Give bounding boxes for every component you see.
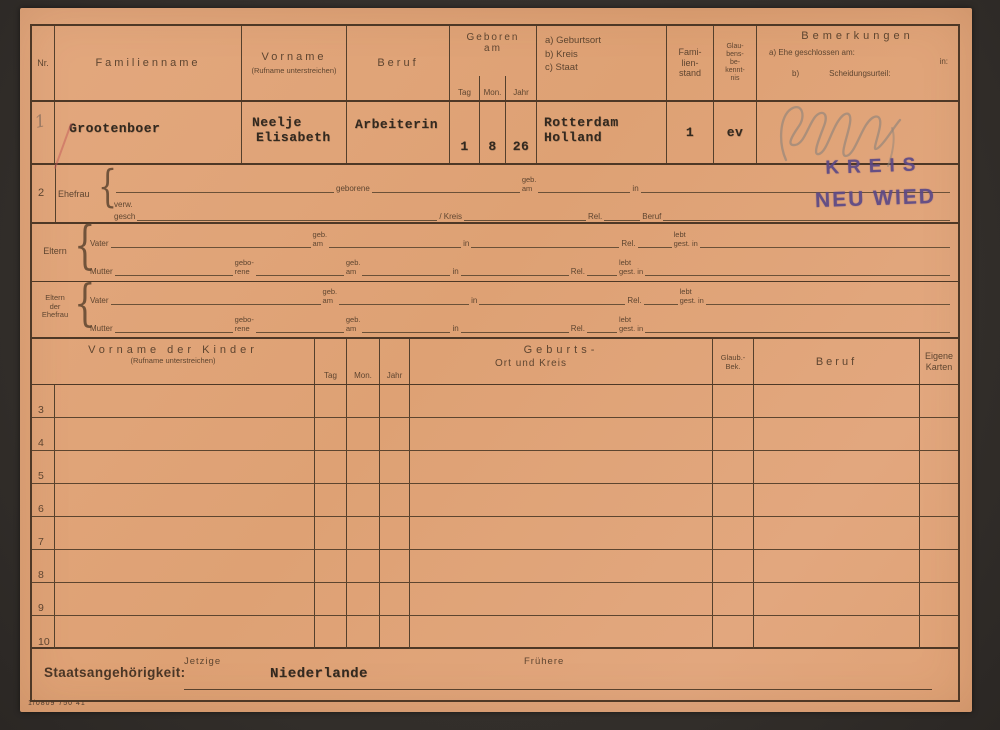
child-row: 6 [32,484,958,517]
in-label: in [463,239,469,248]
header-bemerkungen: Bemerkungen a) Ehe geschlossen am: in: b… [757,26,958,100]
person-beruf: Arbeiterin [355,117,438,132]
blank-line [464,219,586,221]
nr-column-line [55,165,56,222]
geb-am-stack: geb. am [522,176,537,193]
person-familienstand: 1 [686,125,694,140]
child-jahr-cell [380,451,410,483]
header-bem-a: a) Ehe geschlossen am: [769,48,855,57]
child-eigene-cell [920,550,958,582]
person-familienname-cell: Grootenboer [55,102,242,163]
child-eigene-cell [920,517,958,549]
child-name-cell [55,550,315,582]
footer-section: Staatsangehörigkeit: Jetzige Niederlande… [32,649,958,700]
ehefrau-line3: gesch / Kreis Rel. Beruf [114,205,952,221]
footer-blank-line [184,689,932,690]
header-nr-label: Nr. [37,58,49,68]
children-header-tag: Tag [315,339,347,384]
header-ort-c: c) Staat [537,61,666,75]
child-jahr-cell [380,583,410,615]
person-geb-jahr: 26 [505,102,536,163]
child-row: 8 [32,550,958,583]
children-header-beruf: Beruf [754,339,920,384]
child-row: 4 [32,418,958,451]
rel-label: Rel. [571,324,585,333]
child-glaube-cell [713,484,754,516]
ehefrau-label: Ehefrau [58,189,90,199]
child-glaube-cell [713,517,754,549]
children-beruf-label: Beruf [816,356,857,368]
child-name-cell [55,451,315,483]
children-header-glaube: Glaub.- Bek. [713,339,754,384]
header-geboren: Geboren am Tag Mon. Jahr [450,26,537,100]
blank-line [706,303,950,305]
geb-am-stack: geb. am [346,316,361,333]
row-number: 9 [32,583,55,615]
blank-line [256,331,344,333]
lebt-gest-stack: lebt gest. in [619,259,643,276]
person-vorname-cell: Neelje Elisabeth [242,102,347,163]
children-header-jahr: Jahr [380,339,410,384]
child-ort-cell [410,418,713,450]
person-geb-tag: 1 [450,102,479,163]
header-beruf: Beruf [347,26,450,100]
eltern-ehefrau-vater-line: Vater geb. am in Rel. lebt gest. in [90,289,952,305]
gest-in-label: gest. in [680,297,704,306]
row-number: 8 [32,550,55,582]
child-jahr-cell [380,616,410,649]
children-eigene-l1: Eigene [925,351,953,362]
child-tag-cell [315,451,347,483]
child-glaube-cell [713,616,754,649]
child-ort-cell [410,385,713,417]
child-tag-cell [315,484,347,516]
blank-line [645,274,950,276]
child-name-cell [55,385,315,417]
child-row: 10 [32,616,958,649]
eltern-mutter-line: Mutter gebo- rene geb. am in Rel. [90,260,952,276]
geborene-stack: gebo- rene [235,259,254,276]
child-beruf-cell [754,451,920,483]
geb-am-stack: geb. am [346,259,361,276]
child-beruf-cell [754,517,920,549]
header-beruf-label: Beruf [377,57,418,69]
jetzige-value: Niederlande [270,666,368,682]
gest-in-label: gest. in [674,240,698,249]
child-ort-cell [410,550,713,582]
child-eigene-cell [920,418,958,450]
geborene-stack: gebo- rene [235,316,254,333]
am-label: am [346,325,356,334]
blank-line [641,191,950,193]
header-glaube-l1: Glau- [726,43,743,51]
blank-line [604,219,640,221]
blank-line [339,303,469,305]
person-ort-l2: Holland [544,130,666,145]
child-glaube-cell [713,418,754,450]
rel-label: Rel. [621,239,635,248]
row-number: 10 [32,616,55,649]
children-header-eigene: Eigene Karten [920,339,958,384]
blank-line [645,331,950,333]
children-title: Vorname der Kinder [32,339,314,356]
child-eigene-cell [920,583,958,615]
row-number: 5 [32,451,55,483]
person-glaube: ev [727,125,744,140]
blank-line [115,274,233,276]
person-beruf-cell: Arbeiterin [347,102,450,163]
ehefrau-line1: geborene geb. am in [114,177,952,193]
child-ort-cell [410,616,713,649]
header-tag-label: Tag [450,76,479,100]
gesch-label: gesch [114,212,135,221]
blank-line [644,303,678,305]
child-beruf-cell [754,484,920,516]
person-vorname-l2: Elisabeth [252,130,346,145]
child-mon-cell [347,418,380,450]
child-mon-cell [347,451,380,483]
child-tag-cell [315,517,347,549]
header-bem-urteil: Scheidungsurteil: [829,69,890,78]
header-vorname-sub: (Rufname unterstreichen) [251,66,336,75]
child-mon-cell [347,550,380,582]
scan-background: Nr. Familienname Vorname (Rufname unters… [0,0,1000,730]
geborene-label: geborene [336,184,370,193]
child-mon-cell [347,385,380,417]
blank-line [538,191,630,193]
lebt-gest-stack: lebt gest. in [674,231,698,248]
children-header-name: Vorname der Kinder (Rufname unterstreich… [32,339,315,384]
header-familienstand: Fami- lien- stand [667,26,714,100]
header-nr: Nr. [32,26,55,100]
header-bem-b-row: b)Scheidungsurteil: [792,69,891,78]
child-name-cell [55,517,315,549]
eltern-ehefrau-label: Eltern der Ehefrau [32,294,78,320]
child-tag-cell [315,550,347,582]
header-row: Nr. Familienname Vorname (Rufname unters… [32,26,958,102]
rel-label: Rel. [571,267,585,276]
eltern-ehefrau-l3: Ehefrau [32,311,78,320]
child-tag-cell [315,583,347,615]
person-vorname-l1: Neelje [252,115,346,130]
child-eigene-cell [920,451,958,483]
person-geb-mon: 8 [479,102,505,163]
header-glaubensbekenntnis: Glau- bens- be- kennt- nis [714,26,757,100]
children-header-ort: Geburts- Ort und Kreis [410,339,713,384]
header-jahr-label: Jahr [505,76,536,100]
child-tag-cell [315,418,347,450]
header-familienstand-l3: stand [679,68,701,79]
am-label: am [313,240,323,249]
blank-line [137,219,437,221]
ehefrau-nr: 2 [38,187,44,199]
children-header: Vorname der Kinder (Rufname unterstreich… [32,339,958,385]
children-geburts-label: Geburts- [410,339,712,356]
row-number: 6 [32,484,55,516]
child-ort-cell [410,583,713,615]
in-label: in [471,296,477,305]
header-glaube-l5: nis [731,75,740,83]
registration-card: Nr. Familienname Vorname (Rufname unters… [20,8,972,712]
header-familienname-label: Familienname [95,57,200,69]
blank-line [372,191,520,193]
child-glaube-cell [713,385,754,417]
child-ort-cell [410,451,713,483]
child-mon-cell [347,517,380,549]
header-familienstand-l1: Fami- [679,47,702,58]
in-label: in [452,267,458,276]
child-eigene-cell [920,484,958,516]
blank-line [111,303,321,305]
header-vorname-label: Vorname [261,51,326,63]
header-glaube-l3: be- [730,59,740,67]
child-name-cell [55,616,315,649]
child-mon-cell [347,616,380,649]
child-mon-cell [347,583,380,615]
children-subtitle: (Rufname unterstreichen) [32,356,314,365]
eltern-ehefrau-mutter-line: Mutter gebo- rene geb. am in Rel. [90,317,952,333]
header-ort-a: a) Geburtsort [537,34,666,48]
child-jahr-cell [380,385,410,417]
header-geburtsort: a) Geburtsort b) Kreis c) Staat [537,26,667,100]
eltern-vater-line: Vater geb. am in Rel. lebt gest. in [90,232,952,248]
child-beruf-cell [754,385,920,417]
blank-line [116,191,334,193]
child-name-cell [55,418,315,450]
child-beruf-cell [754,583,920,615]
header-glaube-l4: kennt- [725,67,744,75]
beruf-label: Beruf [642,212,661,221]
staatsangehoerigkeit-label: Staatsangehörigkeit: [44,665,186,680]
blank-line [329,246,461,248]
jetzige-label: Jetzige [184,656,221,667]
vater-label: Vater [90,239,109,248]
header-geboren-label: Geboren am [450,26,536,54]
children-glaube-l1: Glaub.- [721,353,746,362]
eltern-ehefrau-section: Eltern der Ehefrau { Vater geb. am in Re… [32,282,958,339]
fruehere-label: Frühere [524,656,564,667]
eltern-section: Eltern { Vater geb. am in Rel. lebt [32,224,958,282]
child-jahr-cell [380,550,410,582]
child-tag-cell [315,616,347,649]
header-familienstand-l2: lien- [681,58,698,69]
blank-line [700,246,950,248]
blank-line [362,331,450,333]
person-familienstand-cell: 1 [667,102,714,163]
lebt-gest-stack: lebt gest. in [619,316,643,333]
header-bemerkungen-label: Bemerkungen [757,30,958,42]
person-geboren-cell: 1 8 26 [450,102,537,163]
child-glaube-cell [713,550,754,582]
blank-line [461,331,569,333]
am-label: am [346,268,356,277]
blank-line [479,303,625,305]
child-row: 7 [32,517,958,550]
mutter-label: Mutter [90,324,113,333]
in-label: in [452,324,458,333]
child-glaube-cell [713,583,754,615]
children-eigene-l2: Karten [926,362,953,373]
gest-in-label: gest. in [619,268,643,277]
person-glaube-cell: ev [714,102,757,163]
child-name-cell [55,583,315,615]
gest-in-label: gest. in [619,325,643,334]
row-number: 4 [32,418,55,450]
header-bem-in: in: [940,57,948,66]
print-code: 1/0809 750 41 [28,700,86,707]
blank-line [471,246,619,248]
header-mon-label: Mon. [479,76,505,100]
header-bem-b: b) [792,69,799,78]
rel-label: Rel. [588,212,602,221]
child-beruf-cell [754,550,920,582]
child-ort-cell [410,517,713,549]
card-frame: Nr. Familienname Vorname (Rufname unters… [30,24,960,702]
child-jahr-cell [380,418,410,450]
row-number: 7 [32,517,55,549]
header-geboren-subrow: Tag Mon. Jahr [450,76,536,100]
child-eigene-cell [920,385,958,417]
child-row: 9 [32,583,958,616]
lebt-gest-stack: lebt gest. in [680,288,704,305]
blank-line [115,331,233,333]
child-row: 5 [32,451,958,484]
child-beruf-cell [754,418,920,450]
children-rows: 3 4 [32,385,958,649]
geb-am-stack: geb. am [323,288,338,305]
rene-label: rene [235,325,250,334]
geb-am-stack: geb. am [313,231,328,248]
child-name-cell [55,484,315,516]
blank-line [362,274,450,276]
child-eigene-cell [920,616,958,649]
am-label: am [323,297,333,306]
child-glaube-cell [713,451,754,483]
person-ort-l1: Rotterdam [544,115,666,130]
rene-label: rene [235,268,250,277]
blank-line [587,274,617,276]
child-jahr-cell [380,517,410,549]
blank-line [638,246,672,248]
children-ort-kreis-label: Ort und Kreis [410,358,712,369]
children-glaube-l2: Bek. [725,362,740,371]
kreis-label: / Kreis [439,212,462,221]
am-label: am [522,185,532,194]
child-mon-cell [347,484,380,516]
person-familienname: Grootenboer [69,121,160,136]
header-familienname: Familienname [55,26,242,100]
child-tag-cell [315,385,347,417]
header-vorname: Vorname (Rufname unterstreichen) [242,26,347,100]
child-beruf-cell [754,616,920,649]
blank-line [256,274,344,276]
child-jahr-cell [380,484,410,516]
blank-line [663,219,950,221]
vater-label: Vater [90,296,109,305]
eltern-label: Eltern [32,246,78,256]
person-geburtsort-cell: Rotterdam Holland [537,102,667,163]
child-row: 3 [32,385,958,418]
in-label: in [632,184,638,193]
row-number: 3 [32,385,55,417]
blank-line [587,331,617,333]
child-ort-cell [410,484,713,516]
header-ort-b: b) Kreis [537,48,666,62]
header-glaube-l2: bens- [726,51,744,59]
children-header-mon: Mon. [347,339,380,384]
handwritten-signature [772,98,942,176]
blank-line [111,246,311,248]
rel-label: Rel. [627,296,641,305]
blank-line [461,274,569,276]
